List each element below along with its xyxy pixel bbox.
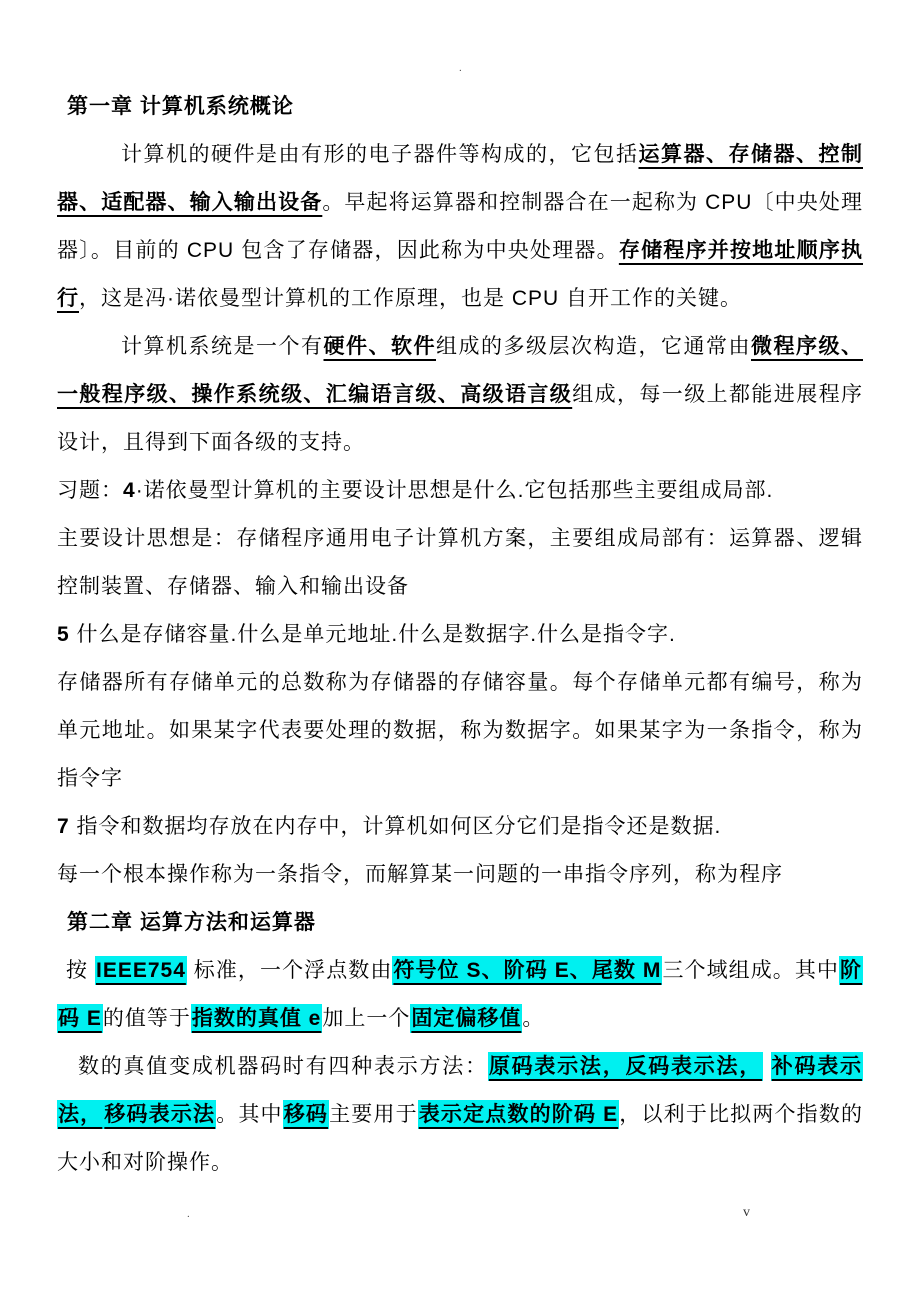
text-run: 主要用于 (329, 1103, 418, 1126)
emphasis-run: 硬件、软件 (324, 335, 437, 358)
paragraph-answer-5: 存储器所有存储单元的总数称为存储器的存储容量。每个存储单元都有编号，称为单元地址… (57, 659, 863, 803)
stray-mark-bottom: . (187, 1208, 190, 1220)
text-run: 加上一个 (322, 1007, 410, 1030)
text-run: 组成的多级层次构造，它通常由 (436, 335, 751, 358)
highlight-run: IEEE754 (95, 956, 187, 985)
text-run: 指令和数据均存放在内存中，计算机如何区分它们是指令还是数据. (70, 815, 722, 838)
paragraph-hardware: 计算机的硬件是由有形的电子器件等构成的，它包括运算器、存储器、控制器、适配器、输… (57, 131, 863, 323)
highlight-run: 指数的真值 e (191, 1004, 323, 1033)
text-run (763, 1055, 771, 1078)
paragraph-question-4: 习题：4·诺依曼型计算机的主要设计思想是什么.它包括那些主要组成局部. (57, 467, 863, 515)
text-run: 每一个根本操作称为一条指令，而解算某一问题的一串指令序列，称为程序 (57, 863, 783, 886)
document-content: 第一章 计算机系统概论 计算机的硬件是由有形的电子器件等构成的，它包括运算器、存… (57, 83, 863, 1187)
paragraph-ieee754: 按 IEEE754 标准，一个浮点数由符号位 S、阶码 E、尾数 M三个域组成。… (57, 947, 863, 1043)
highlight-run: 移码表示法 (103, 1100, 216, 1129)
highlight-run: 表示定点数的阶码 E (418, 1100, 619, 1129)
text-run: 存储器所有存储单元的总数称为存储器的存储容量。每个存储单元都有编号，称为单元地址… (57, 671, 863, 790)
paragraph-answer-4: 主要设计思想是：存储程序通用电子计算机方案，主要组成局部有：运算器、逻辑控制装置… (57, 515, 863, 611)
paragraph-representations: 数的真值变成机器码时有四种表示方法：原码表示法，反码表示法， 补码表示法，移码表… (57, 1043, 863, 1187)
highlight-run: 移码 (283, 1100, 329, 1129)
highlight-run: 符号位 S、阶码 E、尾数 M (392, 956, 662, 985)
text-run: 的值等于 (103, 1007, 191, 1030)
text-run: 计算机系统是一个有 (121, 335, 324, 358)
text-run: 。 (522, 1007, 544, 1030)
text-run: 数的真值变成机器码时有四种表示方法： (78, 1055, 488, 1078)
stray-mark-top: . (459, 62, 462, 74)
text-run: 按 (66, 959, 95, 982)
paragraph-system-levels: 计算机系统是一个有硬件、软件组成的多级层次构造，它通常由微程序级、一般程序级、操… (57, 323, 863, 467)
text-run: ，这是冯·诺依曼型计算机的工作原理，也是 CPU 自开工作的关键。 (79, 287, 742, 310)
text-run: 。其中 (216, 1103, 283, 1126)
text-run: 计算机的硬件是由有形的电子器件等构成的，它包括 (121, 143, 639, 166)
chapter-2-heading: 第二章 运算方法和运算器 (57, 899, 863, 947)
chapter-1-heading: 第一章 计算机系统概论 (57, 83, 863, 131)
text-run: 标准，一个浮点数由 (187, 959, 393, 982)
paragraph-answer-7: 每一个根本操作称为一条指令，而解算某一问题的一串指令序列，称为程序 (57, 851, 863, 899)
highlight-run: 原码表示法，反码表示法， (488, 1052, 763, 1081)
stray-v-mark: v (743, 1205, 750, 1221)
question-number: 4 (123, 479, 136, 502)
text-run: 主要设计思想是：存储程序通用电子计算机方案，主要组成局部有：运算器、逻辑控制装置… (57, 527, 863, 598)
question-number: 5 (57, 623, 70, 646)
heading-text: 第一章 计算机系统概论 (67, 95, 294, 118)
question-number: 7 (57, 815, 70, 838)
paragraph-question-7: 7 指令和数据均存放在内存中，计算机如何区分它们是指令还是数据. (57, 803, 863, 851)
paragraph-question-5: 5 什么是存储容量.什么是单元地址.什么是数据字.什么是指令字. (57, 611, 863, 659)
heading-text: 第二章 运算方法和运算器 (67, 911, 316, 934)
text-run: 三个域组成。其中 (662, 959, 839, 982)
document-page: . 第一章 计算机系统概论 计算机的硬件是由有形的电子器件等构成的，它包括运算器… (0, 0, 920, 1302)
text-run: 习题： (57, 479, 123, 502)
text-run: 什么是存储容量.什么是单元地址.什么是数据字.什么是指令字. (70, 623, 676, 646)
highlight-run: 固定偏移值 (410, 1004, 522, 1033)
text-run: ·诺依曼型计算机的主要设计思想是什么.它包括那些主要组成局部. (136, 479, 774, 502)
